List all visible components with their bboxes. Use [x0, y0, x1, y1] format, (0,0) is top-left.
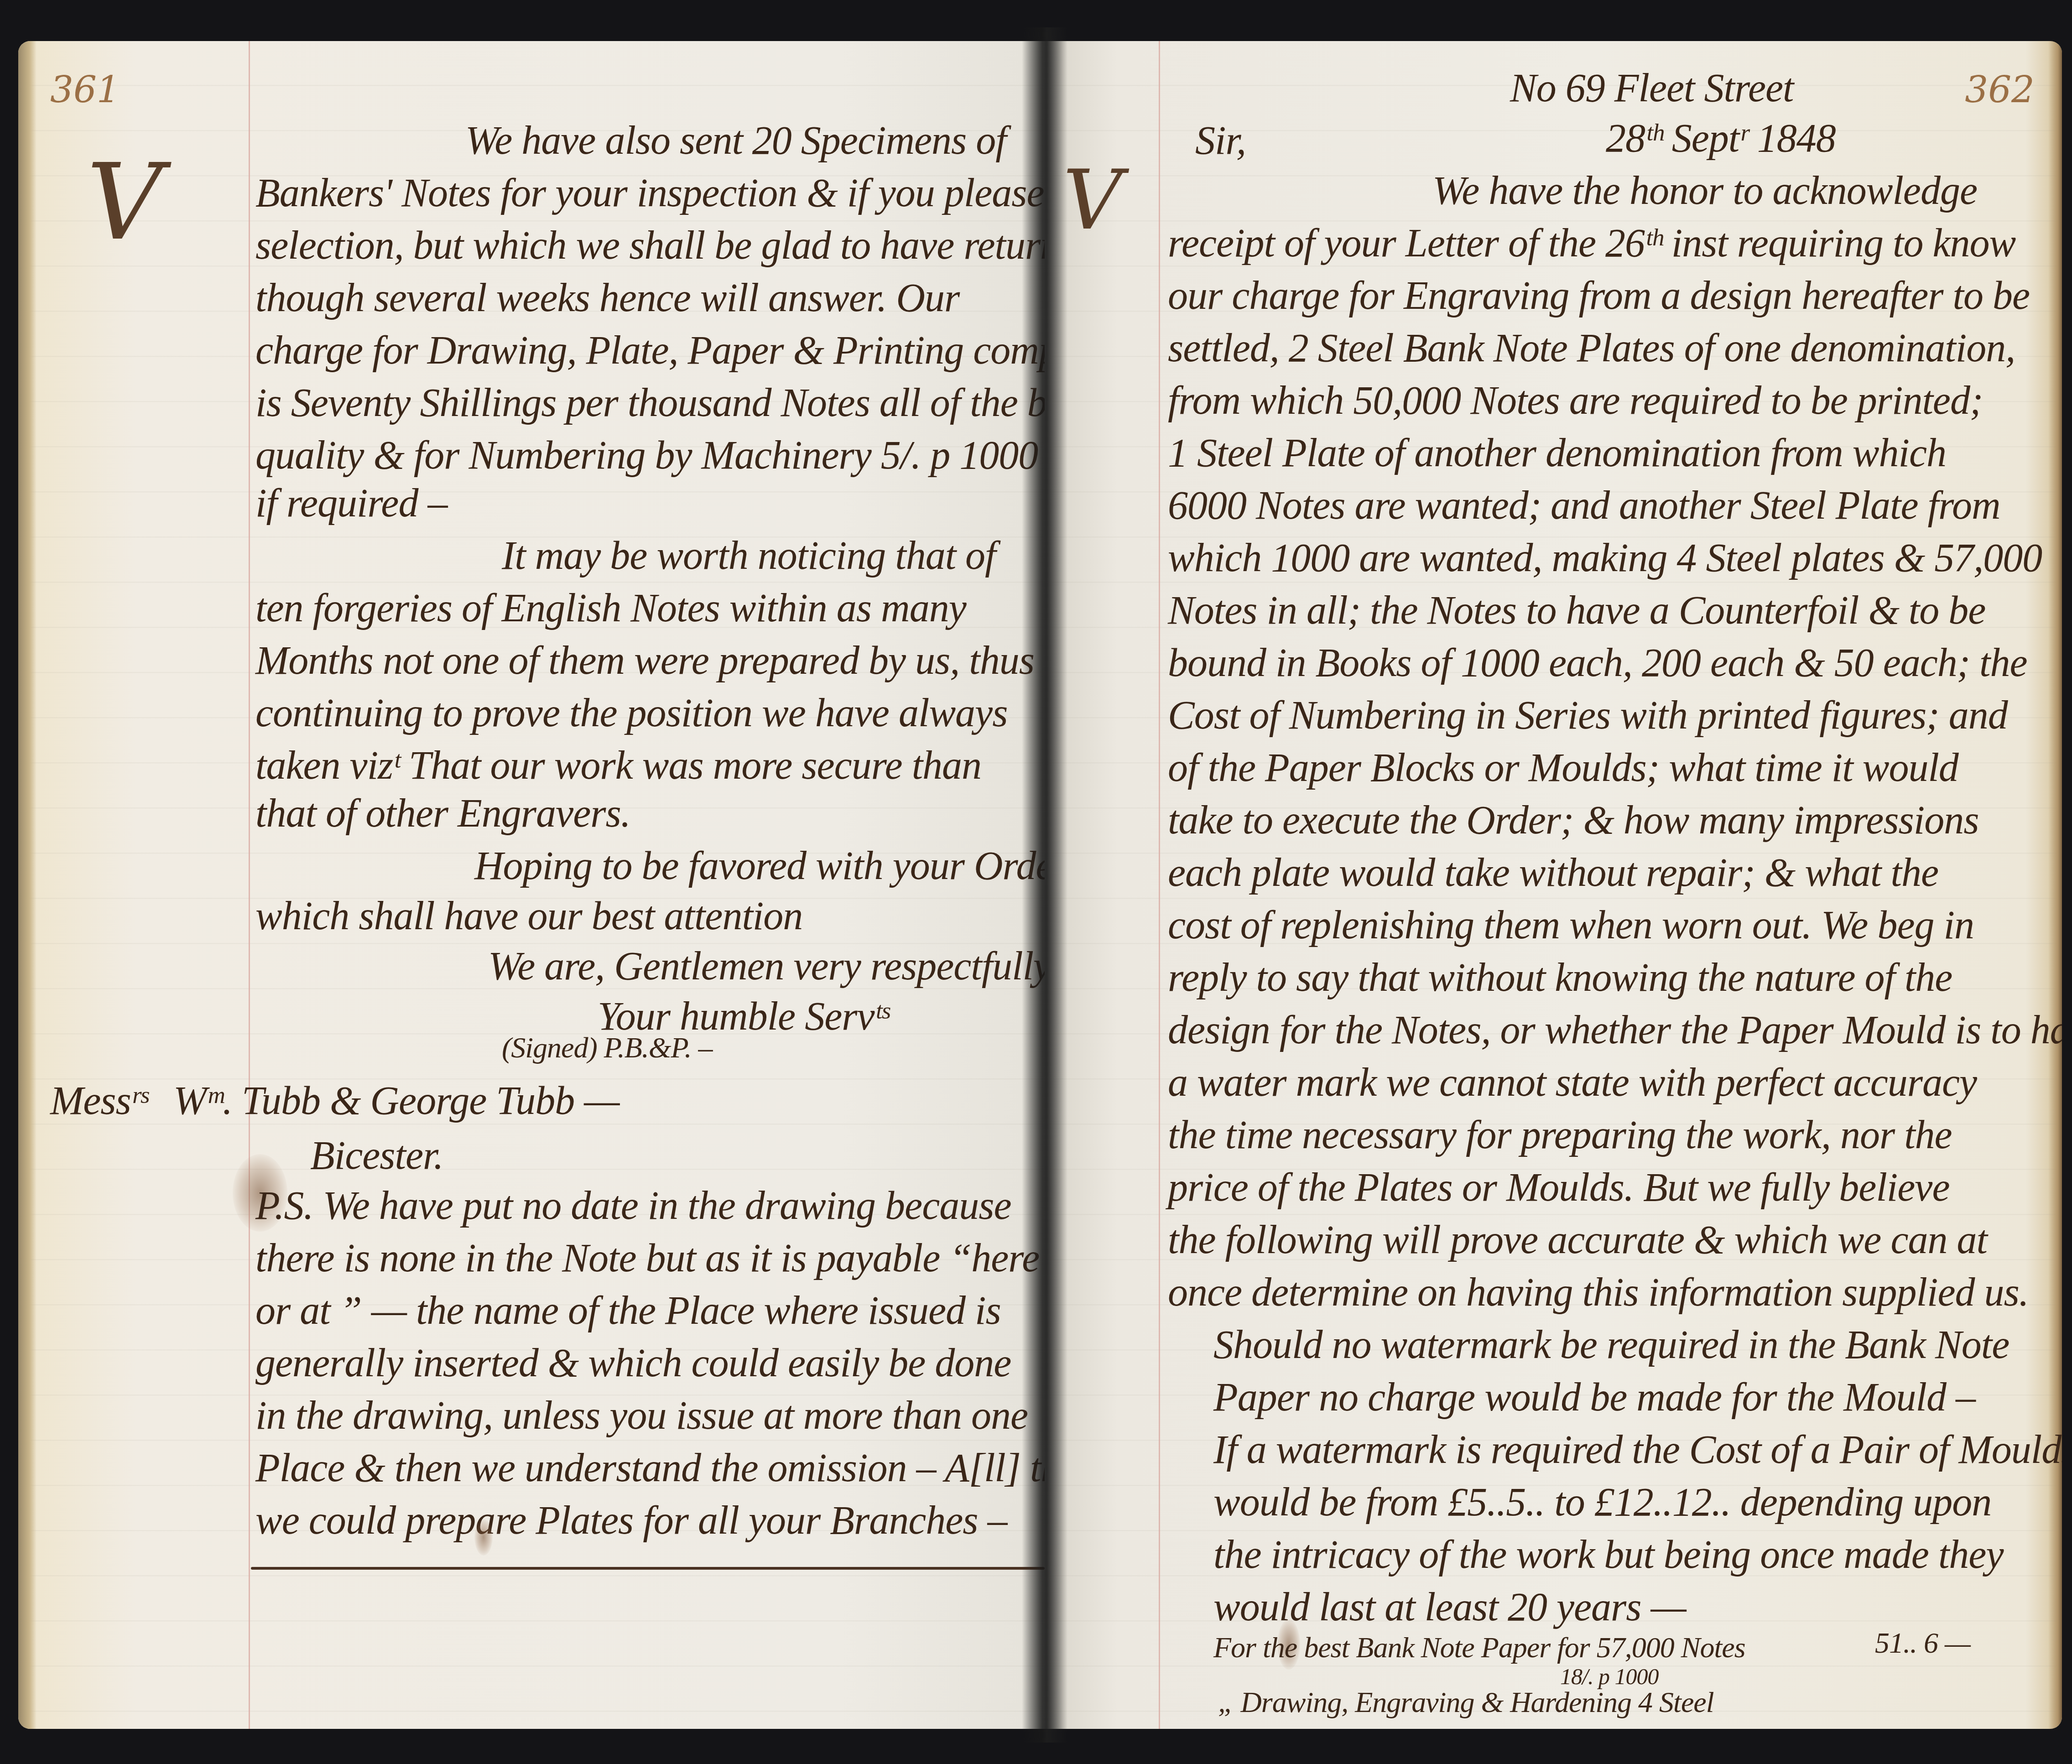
charge-note: 18/. p 1000: [1560, 1665, 1658, 1688]
text-line: our charge for Engraving from a design h…: [1168, 276, 2030, 316]
book-gutter: [1022, 27, 1067, 1743]
margin-rule: [249, 41, 250, 1729]
text-line: of the Paper Blocks or Moulds; what time…: [1168, 748, 1958, 788]
text-line: design for the Notes, or whether the Pap…: [1168, 1010, 2062, 1051]
salutation: Sir,: [1195, 121, 1246, 161]
check-mark-icon: V: [87, 151, 162, 255]
right-page: 362 V No 69 Fleet Street Sir, 28ᵗʰ Septʳ…: [1045, 41, 2062, 1729]
page-edge: [2048, 41, 2062, 1729]
check-mark-icon: V: [1063, 160, 1122, 242]
margin-rule: [1159, 41, 1160, 1729]
letterbook-spread: 361 V We have also sent 20 Specimens of …: [0, 0, 2072, 1764]
text-line: If a watermark is required the Cost of a…: [1213, 1430, 2062, 1470]
postscript-line: or at ” — the name of the Place where is…: [255, 1291, 1001, 1331]
text-line: if required –: [255, 484, 447, 524]
text-line: Paper no charge would be made for the Mo…: [1213, 1378, 1975, 1418]
text-line: taken vizᵗ That our work was more secure…: [255, 746, 981, 786]
postscript-line: generally inserted & which could easily …: [255, 1343, 1011, 1384]
text-line: Bankers' Notes for your inspection & if …: [255, 173, 1044, 213]
text-line: from which 50,000 Notes are required to …: [1168, 381, 1983, 421]
text-line: is Seventy Shillings per thousand Notes …: [255, 383, 1049, 423]
text-line: charge for Drawing, Plate, Paper & Print…: [255, 331, 1049, 371]
addressee-prefix: Messʳˢ: [50, 1081, 147, 1121]
text-line: Months not one of them were prepared by …: [255, 641, 1034, 681]
charge-description: „ Drawing, Engraving & Hardening 4 Steel: [1218, 1688, 1713, 1717]
text-line: 1 Steel Plate of another denomination fr…: [1168, 433, 1946, 474]
text-line: once determine on having this informatio…: [1168, 1273, 2029, 1313]
closing-line: We are, Gentlemen very respectfully: [488, 947, 1049, 987]
text-line: settled, 2 Steel Bank Note Plates of one…: [1168, 328, 2015, 369]
addressee-place: Bicester.: [310, 1136, 443, 1176]
charge-description: For the best Bank Note Paper for 57,000 …: [1213, 1633, 1745, 1662]
addressee-names: Wᵐ. Tubb & George Tubb —: [173, 1081, 620, 1121]
page-number: 362: [1965, 68, 2035, 111]
postscript-line: there is none in the Note but as it is p…: [255, 1238, 1039, 1279]
left-page: 361 V We have also sent 20 Specimens of …: [18, 41, 1049, 1729]
text-line: Notes in all; the Notes to have a Counte…: [1168, 591, 1985, 631]
text-line: It may be worth noticing that of: [502, 536, 996, 576]
page-edge: [18, 41, 36, 1729]
text-line: continuing to prove the position we have…: [255, 693, 1007, 734]
text-line: Cost of Numbering in Series with printed…: [1168, 696, 2008, 736]
text-line: the time necessary for preparing the wor…: [1168, 1115, 1952, 1155]
closing-line: Your humble Servᵗˢ: [598, 997, 889, 1037]
page-number: 361: [50, 68, 120, 111]
text-line: ten forgeries of English Notes within as…: [255, 588, 966, 629]
text-line: reply to say that without knowing the na…: [1168, 958, 1952, 998]
text-line: which shall have our best attention: [255, 896, 802, 937]
text-line: selection, but which we shall be glad to…: [255, 226, 1049, 266]
text-line: We have also sent 20 Specimens of: [465, 121, 1006, 161]
text-line: price of the Plates or Moulds. But we fu…: [1168, 1168, 1949, 1208]
text-line: take to execute the Order; & how many im…: [1168, 801, 1978, 841]
text-line: the following will prove accurate & whic…: [1168, 1220, 1987, 1260]
text-line: We have the honor to acknowledge: [1432, 171, 1977, 211]
text-line: each plate would take without repair; & …: [1168, 853, 1938, 893]
text-line: receipt of your Letter of the 26ᵗʰ inst …: [1168, 224, 2015, 264]
postscript-line: we could prepare Plates for all your Bra…: [255, 1501, 1007, 1541]
postscript-line: Place & then we understand the omission …: [255, 1448, 1049, 1488]
text-line: 6000 Notes are wanted; and another Steel…: [1168, 486, 2000, 526]
signature: (Signed) P.B.&P. –: [502, 1033, 712, 1062]
text-line: that of other Engravers.: [255, 794, 630, 834]
text-line: the intricacy of the work but being once…: [1213, 1535, 2003, 1575]
text-line: a water mark we cannot state with perfec…: [1168, 1063, 1977, 1103]
charge-amount: 105 —: [1875, 1724, 1950, 1729]
text-line: which 1000 are wanted, making 4 Steel pl…: [1168, 538, 2042, 578]
postscript-line: in the drawing, unless you issue at more…: [255, 1396, 1028, 1436]
wax-spot: [474, 1519, 493, 1556]
text-line: quality & for Numbering by Machinery 5/.…: [255, 436, 1038, 476]
text-line: Should no watermark be required in the B…: [1213, 1325, 2009, 1365]
text-line: cost of replenishing them when worn out.…: [1168, 905, 1974, 946]
postscript-line: P.S. We have put no date in the drawing …: [255, 1186, 1011, 1226]
text-line: would be from £5..5.. to £12..12.. depen…: [1213, 1483, 1991, 1523]
letter-date: 28ᵗʰ Septʳ 1848: [1606, 119, 1836, 159]
text-line: Hoping to be favored with your Order: [474, 846, 1049, 886]
sender-address: No 69 Fleet Street: [1510, 68, 1793, 109]
charge-amount: 51.. 6 —: [1875, 1629, 1970, 1658]
text-line: though several weeks hence will answer. …: [255, 278, 959, 318]
text-line: bound in Books of 1000 each, 200 each & …: [1168, 643, 2027, 683]
end-of-letter-rule: [251, 1567, 1045, 1570]
